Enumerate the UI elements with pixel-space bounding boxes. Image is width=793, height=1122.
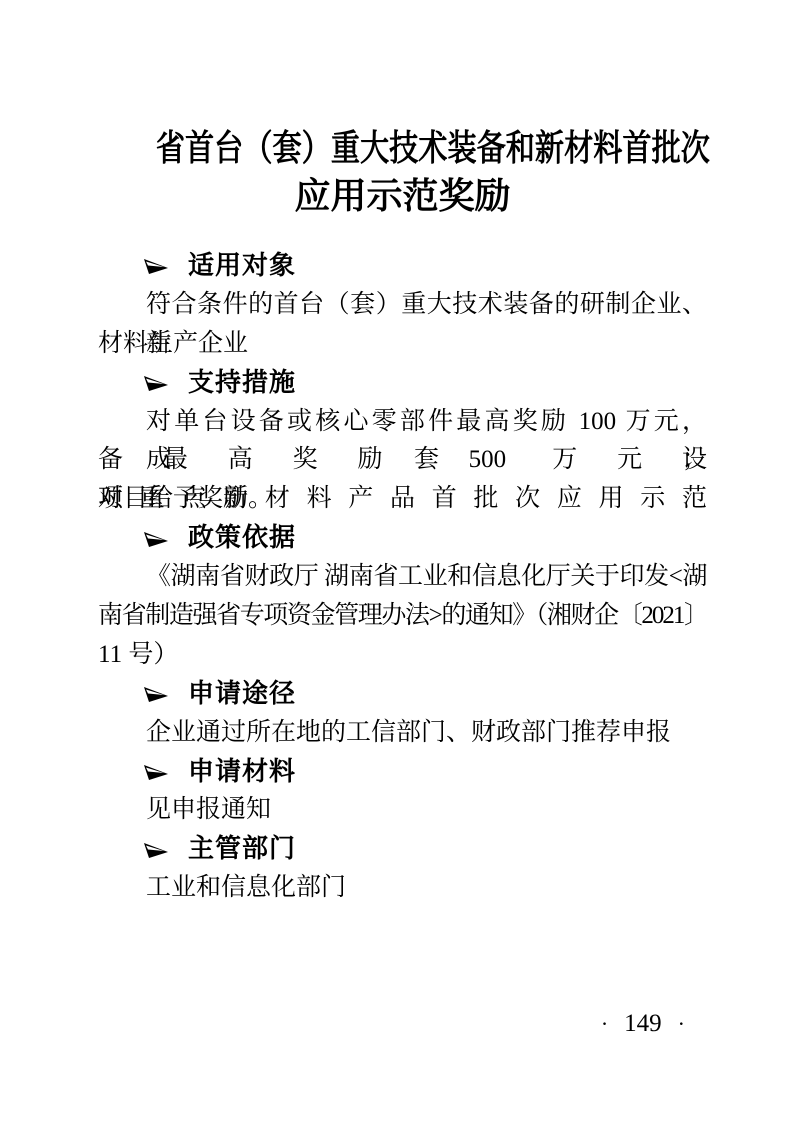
section-heading-support-measures: 支持措施 (98, 364, 707, 403)
page-number-left-dot: · (601, 1008, 608, 1040)
document-body: 适用对象 符合条件的首台（套）重大技术装备的研制企业、新 材料生产企业 支持措施… (98, 247, 707, 908)
section-heading-policy-basis: 政策依据 (98, 519, 707, 558)
arrowhead-bullet-icon (143, 374, 169, 392)
page-title: 省首台（套）重大技术装备和新材料首批次 应用示范奖励 (98, 125, 707, 221)
section-heading-competent-department: 主管部门 (98, 830, 707, 869)
body-line: 企业通过所在地的工信部门、财政部门推荐申报 (98, 714, 707, 753)
body-line: 对单台设备或核心零部件最高奖励 100 万元，成套设 (98, 403, 707, 442)
body-line: 符合条件的首台（套）重大技术装备的研制企业、新 (98, 286, 707, 325)
section-heading-label: 适用对象 (188, 247, 296, 286)
arrowhead-bullet-icon (143, 841, 169, 859)
body-line: 工业和信息化部门 (98, 869, 707, 908)
section-heading-label: 政策依据 (188, 519, 296, 558)
body-line: 备最高奖励 500 万元；对重点新材料产品首批次应用示范 (98, 441, 707, 480)
page-number-right-dot: · (678, 1008, 685, 1040)
body-line: 11 号） (98, 636, 707, 675)
page-number: ·149· (601, 1008, 685, 1040)
section-heading-applicable-targets: 适用对象 (98, 247, 707, 286)
page-title-line-1: 省首台（套）重大技术装备和新材料首批次 (156, 125, 649, 173)
page-title-line-2: 应用示范奖励 (98, 173, 707, 221)
arrowhead-bullet-icon (143, 763, 169, 781)
section-heading-application-channel: 申请途径 (98, 675, 707, 714)
body-line: 见申报通知 (98, 791, 707, 830)
section-heading-label: 主管部门 (188, 830, 296, 869)
section-heading-application-materials: 申请材料 (98, 753, 707, 792)
arrowhead-bullet-icon (143, 685, 169, 703)
page-number-value: 149 (624, 1010, 662, 1037)
section-heading-label: 申请途径 (188, 675, 296, 714)
body-line: 材料生产企业 (98, 325, 707, 364)
section-heading-label: 申请材料 (188, 753, 296, 792)
body-line: 《湖南省财政厅 湖南省工业和信息化厅关于印发<湖 (98, 558, 707, 597)
section-heading-label: 支持措施 (188, 364, 296, 403)
arrowhead-bullet-icon (143, 257, 169, 275)
document-page: 省首台（套）重大技术装备和新材料首批次 应用示范奖励 适用对象 符合条件的首台（… (0, 0, 793, 1122)
arrowhead-bullet-icon (143, 530, 169, 548)
body-line: 南省制造强省专项资金管理办法>的通知》（湘财企〔2021〕 (98, 597, 707, 636)
